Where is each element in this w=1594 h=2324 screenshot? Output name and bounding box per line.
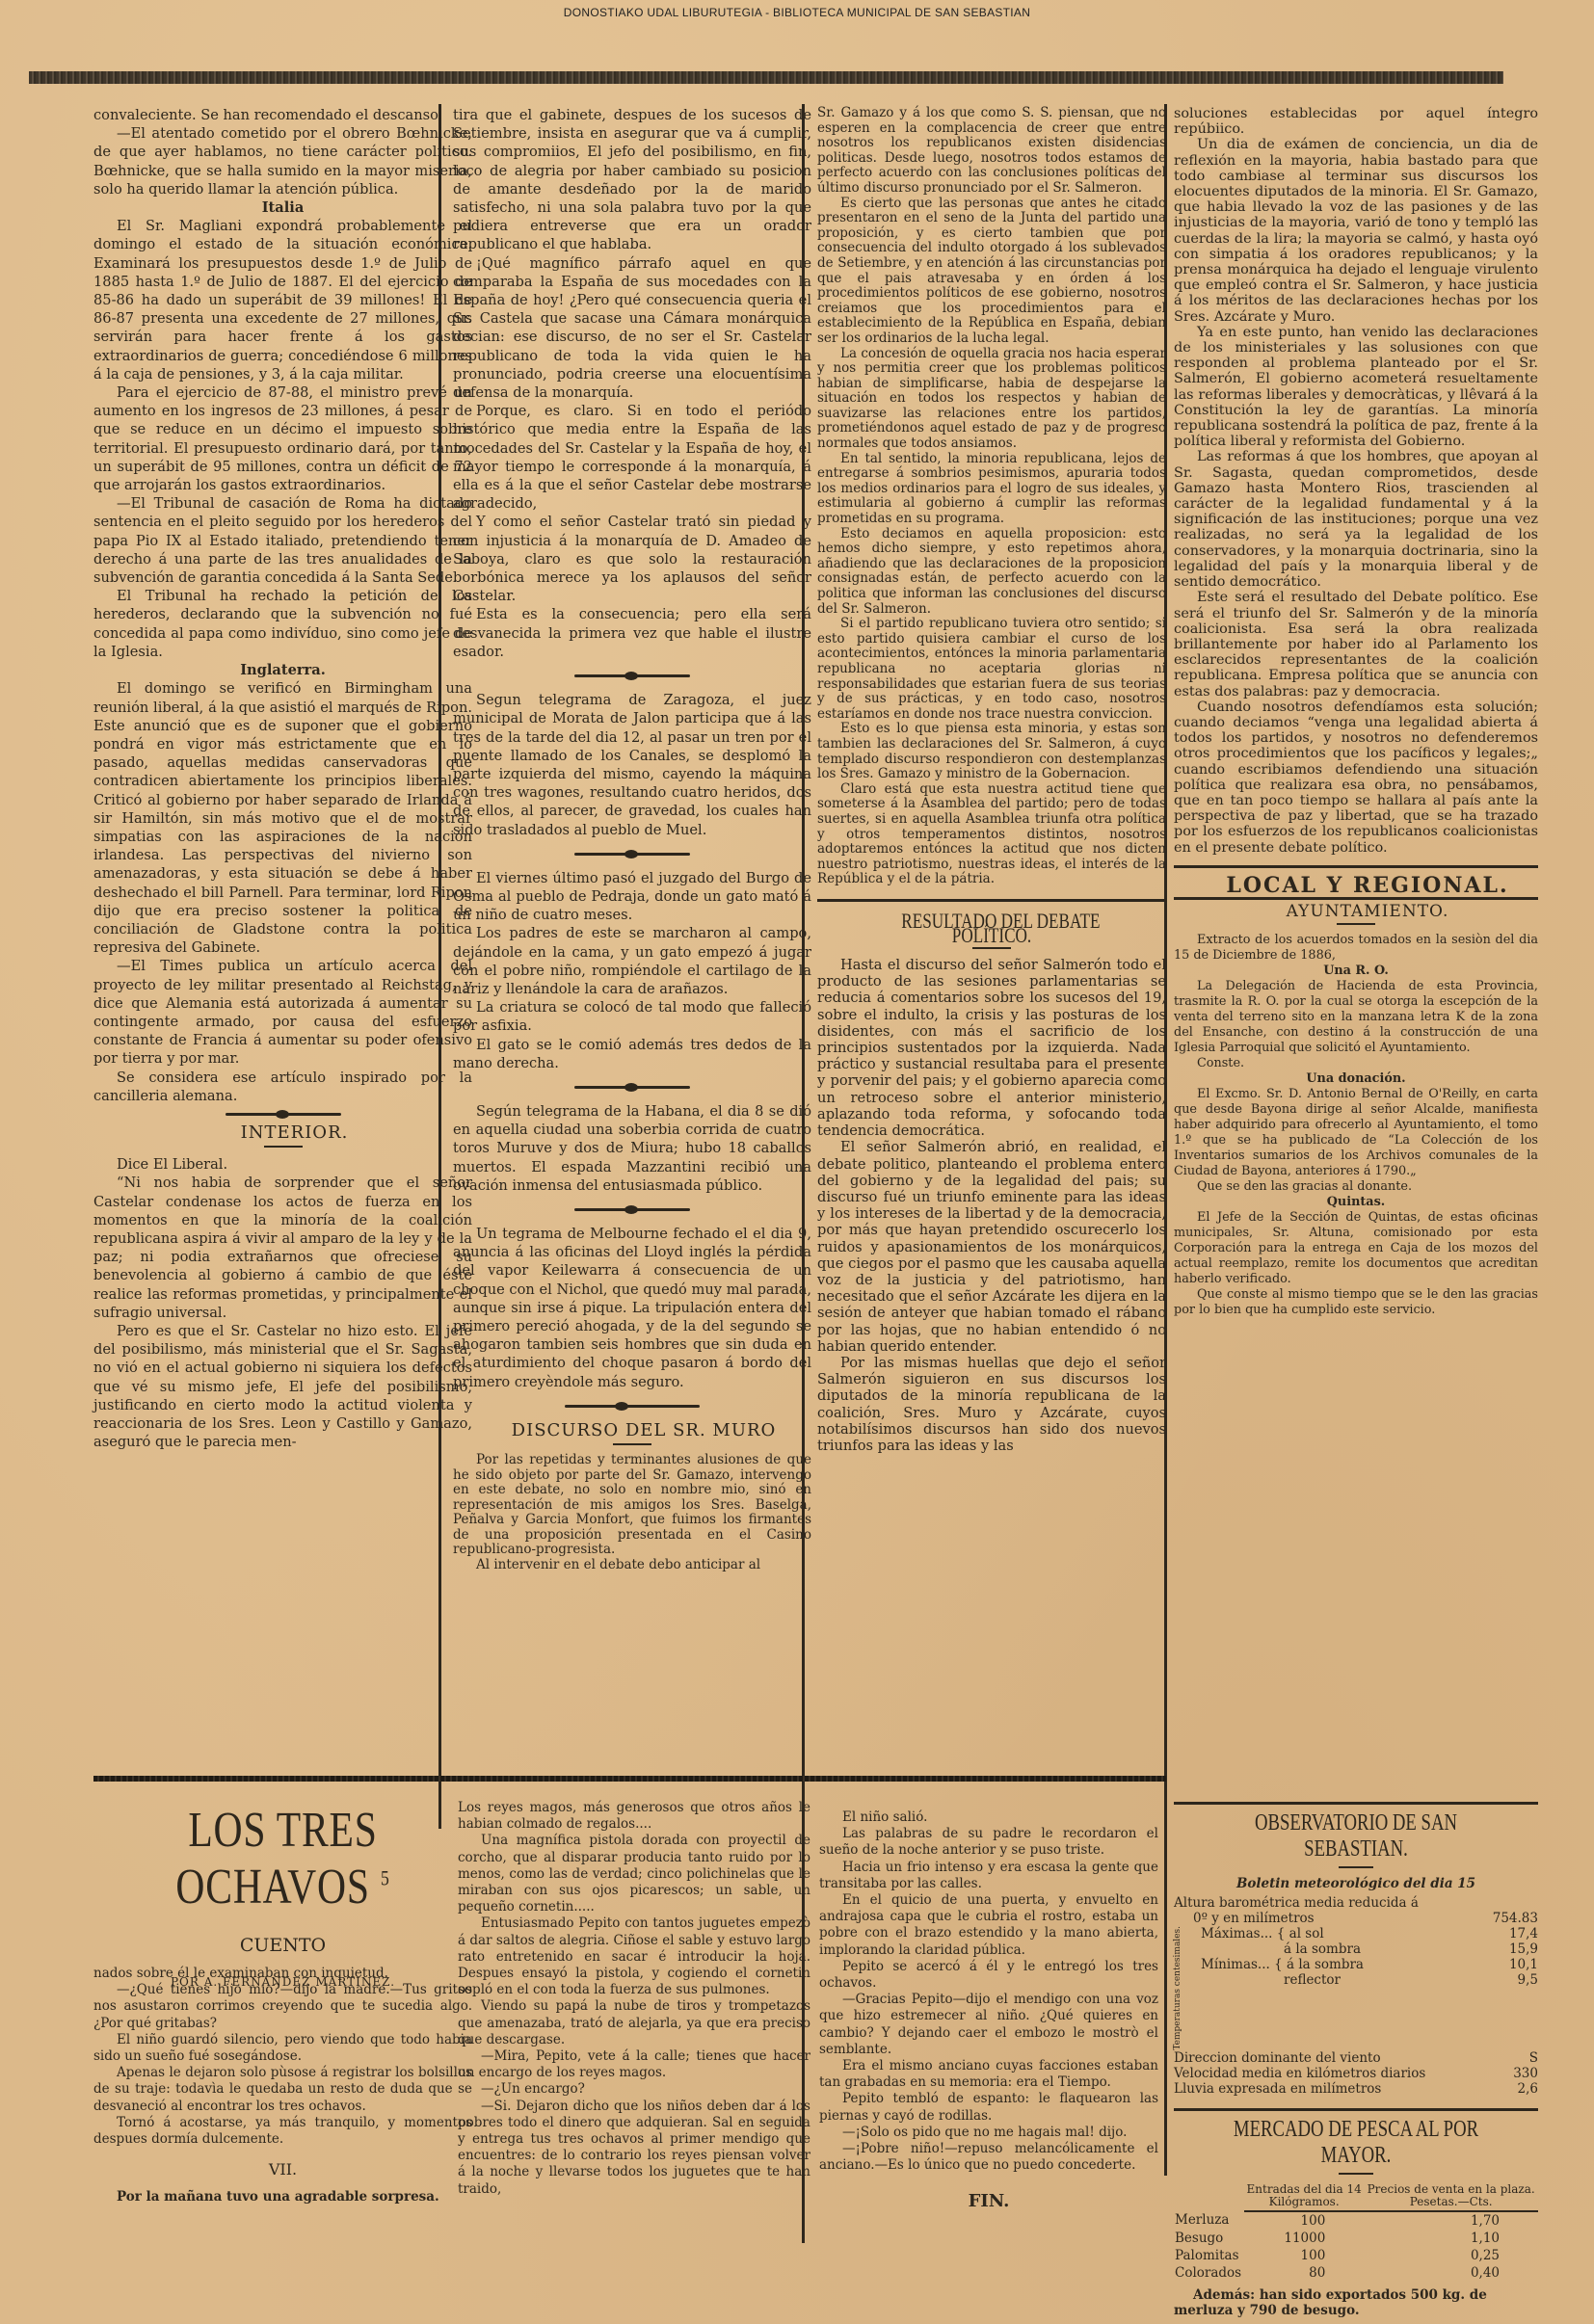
weather-value: 754.83 (1471, 1911, 1538, 1926)
weather-row: Altura barométrica media reducida á (1174, 1895, 1538, 1911)
weather-label: al sol (1289, 1926, 1324, 1941)
serial-column-3: El niño salió. Las palabras de su padre … (819, 1809, 1158, 2210)
serial-installment: 5 (381, 1866, 390, 1890)
paragraph: Que conste al mismo tiempo que se le den… (1174, 1287, 1538, 1318)
serial-paragraph: El niño salió. (819, 1809, 1158, 1826)
weather-label: Altura barométrica media reducida á (1174, 1895, 1419, 1911)
mercado-title: MERCADO DE PESCA AL POR MAYOR. (1214, 2117, 1499, 2169)
serial-paragraph: Entusiasmado Pepito con tantos juguetes … (458, 1915, 810, 1998)
header-precios: Precios de venta en la plaza. (1368, 2182, 1535, 2196)
ornament-divider (226, 1113, 341, 1116)
header-entradas: Entradas del dia 14 (1247, 2182, 1362, 2196)
serial-paragraph: Apenas le dejaron solo pùsose á registra… (93, 2065, 472, 2115)
fish-price: 1,70 (1364, 2211, 1538, 2230)
temperature-group-label: Temperaturas centesimales. (1174, 1926, 1201, 2050)
fish-name: Merluza (1174, 2211, 1244, 2230)
serial-chapter: VII. (93, 2161, 472, 2178)
weather-value: 17,4 (1471, 1926, 1538, 1941)
paragraph: Un dia de exámen de conciencia, un dia d… (1174, 137, 1538, 324)
weather-label: reflector (1201, 1972, 1341, 1988)
serial-title-text: LOS TRES OCHAVOS (175, 1803, 377, 1915)
weather-label: Velocidad media en kilómetros diarios (1174, 2066, 1425, 2081)
paragraph: Ya en este punto, han venido las declara… (1174, 325, 1538, 450)
paragraph: En tal sentido, la minoria republicana, … (817, 452, 1166, 527)
paragraph: Por las mismas huellas que dejo el señor… (817, 1355, 1166, 1454)
paragraph: —El atentado cometido por el obrero Bœhn… (93, 124, 472, 198)
paragraph: La concesión de oquella gracia nos hacia… (817, 347, 1166, 452)
ornament-divider (574, 853, 690, 856)
table-row: Colorados800,40 (1174, 2264, 1538, 2282)
rule (1174, 865, 1538, 868)
section-heading-resultado: RESULTADO DEL DEBATE POLÍTICO. (856, 913, 1128, 943)
paragraph: Dice El Liberal. (93, 1155, 472, 1174)
serial-end: FIN. (819, 2193, 1158, 2209)
dash-divider (1339, 2173, 1373, 2175)
paragraph: El Sr. Magliani expondrá probablemente e… (93, 217, 472, 383)
rule (817, 899, 1166, 902)
fish-price: 0,25 (1364, 2247, 1538, 2264)
table-row: Palomitas1000,25 (1174, 2247, 1538, 2264)
observatorio-subtitle: Boletin meteorológico del dia 15 (1174, 1876, 1538, 1891)
temperature-block: Temperaturas centesimales. Máximas... { … (1174, 1926, 1538, 2050)
paragraph: Al intervenir en el debate debo anticipa… (453, 1558, 811, 1573)
weather-value: 2,6 (1471, 2081, 1538, 2097)
serial-rule-wrap (93, 1776, 1166, 1782)
column-2: tira que el gabinete, despues de los suc… (453, 106, 811, 1572)
rule (1174, 1802, 1538, 1805)
section-heading-ayuntamiento: AYUNTAMIENTO. (1174, 904, 1538, 919)
column-header: Entradas del dia 14Kilógramos. (1244, 2182, 1364, 2211)
dash-divider (1337, 923, 1375, 925)
serial-paragraph: Pepito tembló de espanto: le flaquearon … (819, 2091, 1158, 2124)
serial-column-1: nados sobre él le examinaban con inquiet… (93, 1966, 472, 2206)
serial-paragraph: nados sobre él le examinaban con inquiet… (93, 1966, 472, 1982)
paragraph: Esto deciamos en aquella proposicion: es… (817, 527, 1166, 618)
paragraph: Según telegrama de la Habana, el dia 8 s… (453, 1102, 811, 1195)
paragraph: El señor Salmerón abrió, en realidad, el… (817, 1139, 1166, 1355)
fish-market-table: Entradas del dia 14Kilógramos. Precios d… (1174, 2182, 1538, 2282)
paragraph: El domingo se verificó en Birmingham una… (93, 679, 472, 957)
fish-price: 1,10 (1364, 2230, 1538, 2247)
serial-paragraph: —¿Un encargo? (458, 2081, 810, 2098)
weather-value: 330 (1471, 2066, 1538, 2081)
ornament-divider (574, 1086, 690, 1089)
paragraph: Los padres de este se marcharon al campo… (453, 924, 811, 998)
fish-name: Besugo (1174, 2230, 1244, 2247)
serial-paragraph: —Mira, Pepito, vete á la calle; tienes q… (458, 2048, 810, 2081)
serial-paragraph: Tornó á acostarse, ya más tranquilo, y m… (93, 2115, 472, 2148)
weather-label: Lluvia expresada en milímetros (1174, 2081, 1381, 2097)
serial-paragraph: Por la mañana tuvo una agradable sorpres… (93, 2189, 472, 2205)
paragraph: Que se den las gracias al donante. (1174, 1179, 1538, 1195)
subheading-donacion: Una donación. (1174, 1071, 1538, 1087)
observatorio-title: OBSERVATORIO DE SAN SEBASTIAN. (1214, 1810, 1499, 1862)
paragraph: Segun telegrama de Zaragoza, el juez mun… (453, 691, 811, 839)
paragraph: El Tribunal ha rechado la petición de lo… (93, 587, 472, 661)
fish-kg: 100 (1244, 2247, 1364, 2264)
paragraph: Este será el resultado del Debate políti… (1174, 590, 1538, 699)
paragraph: —El Times publica un artículo acerca del… (93, 957, 472, 1068)
section-heading-interior: INTERIOR. (93, 1123, 472, 1142)
paragraph: Hasta el discurso del señor Salmerón tod… (817, 957, 1166, 1139)
paragraph: tira que el gabinete, despues de los suc… (453, 106, 811, 254)
paragraph: convaleciente. Se han recomendado el des… (93, 106, 472, 124)
paragraph: El viernes último pasó el juzgado del Bu… (453, 869, 811, 925)
serial-paragraph: —¡Pobre niño!—repuso melancólicamente el… (819, 2141, 1158, 2174)
ornament-divider (574, 1208, 690, 1211)
mercado-note: Además: han sido exportados 500 kg. de m… (1174, 2287, 1538, 2318)
paragraph: Sr. Gamazo y á los que como S. S. piensa… (817, 106, 1166, 197)
weather-row: Direccion dominante del vientoS (1174, 2050, 1538, 2066)
serial-top-rule (93, 1776, 1166, 1782)
serial-paragraph: Las palabras de su padre le recordaron e… (819, 1826, 1158, 1859)
header-kilos: Kilógramos. (1269, 2195, 1340, 2208)
weather-value: 9,5 (1471, 1972, 1538, 1988)
paragraph: La criatura se colocó de tal modo que fa… (453, 998, 811, 1035)
column-1: convaleciente. Se han recomendado el des… (93, 106, 472, 1451)
weather-label: Direccion dominante del viento (1174, 2050, 1381, 2066)
fish-kg: 80 (1244, 2264, 1364, 2282)
weather-label: Mínimas... (1201, 1957, 1270, 1972)
paragraph: —El Tribunal de casación de Roma ha dict… (93, 494, 472, 587)
serial-paragraph: Pepito se acercó á él y le entregó los t… (819, 1959, 1158, 1992)
weather-label: á la sombra (1287, 1957, 1364, 1972)
section-heading-italia: Italia (93, 198, 472, 217)
section-heading-local: LOCAL Y REGIONAL. (1174, 878, 1538, 893)
weather-label: Máximas... (1201, 1926, 1272, 1941)
fish-price: 0,40 (1364, 2264, 1538, 2282)
weather-row: Mínimas... { á la sombra10,1 (1201, 1957, 1538, 1972)
weather-row: á la sombra15,9 (1201, 1941, 1538, 1957)
dash-divider (1339, 1866, 1373, 1868)
top-rule (29, 71, 1503, 84)
fish-kg: 100 (1244, 2211, 1364, 2230)
serial-genre: CUENTO (93, 1935, 472, 1956)
paragraph: Un tegrama de Melbourne fechado el el di… (453, 1225, 811, 1391)
serial-paragraph: —Si. Dejaron dicho que los niños deben d… (458, 2099, 810, 2198)
weather-value: S (1471, 2050, 1538, 2066)
paragraph: El Jefe de la Sección de Quintas, de est… (1174, 1210, 1538, 1287)
serial-column-2: Los reyes magos, más generosos que otros… (458, 1800, 810, 2198)
serial-paragraph: Los reyes magos, más generosos que otros… (458, 1800, 810, 1833)
column-header: Precios de venta en la plaza.Pesetas.—Ct… (1364, 2182, 1538, 2211)
paragraph: Es cierto que las personas que antes he … (817, 197, 1166, 347)
paragraph: La Delegación de Hacienda de esta Provin… (1174, 979, 1538, 1056)
fish-kg: 11000 (1244, 2230, 1364, 2247)
fish-name: Colorados (1174, 2264, 1244, 2282)
paragraph: Se considera ese artículo inspirado por … (93, 1069, 472, 1105)
weather-value: 10,1 (1471, 1957, 1538, 1972)
rule (1174, 2108, 1538, 2111)
paragraph: Esto es lo que piensa esta minoria, y es… (817, 722, 1166, 781)
serial-paragraph: —¡Solo os pido que no me hagais mal! dij… (819, 2125, 1158, 2141)
paragraph: Para el ejercicio de 87-88, el ministro … (93, 383, 472, 494)
ornament-divider (574, 674, 690, 677)
paragraph: Claro está que esta nuestra actitud tien… (817, 782, 1166, 887)
paragraph: Por las repetidas y terminantes alusione… (453, 1453, 811, 1558)
weather-row: Lluvia expresada en milímetros2,6 (1174, 2081, 1538, 2097)
subheading-ro: Una R. O. (1174, 964, 1538, 979)
weather-row: 0º y en milímetros754.83 (1174, 1911, 1538, 1926)
table-row: Merluza1001,70 (1174, 2211, 1538, 2230)
column-4: soluciones establecidas por aquel íntegr… (1174, 106, 1538, 1318)
column-3: Sr. Gamazo y á los que como S. S. piensa… (817, 106, 1166, 1454)
weather-table: Altura barométrica media reducida á 0º y… (1174, 1895, 1538, 2097)
weather-row: Máximas... { al sol17,4 (1201, 1926, 1538, 1941)
dash-divider (264, 1146, 303, 1148)
paragraph: Conste. (1174, 1056, 1538, 1071)
serial-paragraph: —Gracias Pepito—dijo el mendigo con una … (819, 1992, 1158, 2058)
serial-paragraph: Viendo su papá la nube de tiros y trompe… (458, 1998, 810, 2048)
paragraph: Las reformas á que los hombres, que apoy… (1174, 449, 1538, 590)
serial-paragraph: El niño guardó silencio, pero viendo que… (93, 2032, 472, 2065)
paragraph: Y como el señor Castelar trató sin pieda… (453, 513, 811, 605)
subheading-quintas: Quintas. (1174, 1195, 1538, 1210)
section-heading-muro: DISCURSO DEL SR. MURO (453, 1421, 811, 1439)
fish-name: Palomitas (1174, 2247, 1244, 2264)
paragraph: soluciones establecidas por aquel íntegr… (1174, 106, 1538, 137)
serial-paragraph: En el quicio de una puerta, y envuelto e… (819, 1892, 1158, 1959)
weather-row: Velocidad media en kilómetros diarios330 (1174, 2066, 1538, 2081)
paragraph: Porque, es claro. Si en todo el periódo … (453, 402, 811, 513)
paragraph: Cuando nosotros defendíamos esta solució… (1174, 700, 1538, 856)
library-watermark: DONOSTIAKO UDAL LIBURUTEGIA - BIBLIOTECA… (0, 6, 1594, 19)
header-pesetas: Pesetas.—Cts. (1410, 2195, 1493, 2208)
paragraph: Esta es la consecuencia; pero ella será … (453, 605, 811, 661)
table-row: Besugo110001,10 (1174, 2230, 1538, 2247)
weather-row: reflector9,5 (1201, 1972, 1538, 1988)
paragraph: El gato se le comió además tres dedos de… (453, 1036, 811, 1072)
serial-title: LOS TRES OCHAVOS 5 (131, 1802, 434, 1915)
paragraph: Extracto de los acuerdos tomados en la s… (1174, 933, 1538, 964)
paragraph: El Excmo. Sr. D. Antonio Bernal de O'Rei… (1174, 1087, 1538, 1179)
paragraph: ¡Qué magnífico párrafo aquel en que comp… (453, 254, 811, 403)
section-heading-inglaterra: Inglaterra. (93, 661, 472, 679)
paragraph: Si el partido republicano tuviera otro s… (817, 617, 1166, 722)
ornament-divider (565, 1405, 700, 1408)
weather-label: 0º y en milímetros (1174, 1911, 1315, 1926)
dash-divider (613, 1443, 651, 1445)
serial-paragraph: Una magnífica pistola dorada con proyect… (458, 1833, 810, 1915)
weather-label: á la sombra (1201, 1941, 1361, 1957)
observatorio-section: OBSERVATORIO DE SAN SEBASTIAN. Boletin m… (1174, 1798, 1538, 2318)
serial-paragraph: Era el mismo anciano cuyas facciones est… (819, 2058, 1158, 2091)
serial-paragraph: Hacia un frio intenso y era escasa la ge… (819, 1860, 1158, 1892)
weather-value: 15,9 (1471, 1941, 1538, 1957)
paragraph: Pero es que el Sr. Castelar no hizo esto… (93, 1322, 472, 1451)
paragraph: “Ni nos habia de sorprender que el señor… (93, 1174, 472, 1322)
serial-paragraph: —¿Qué tienes hijo mio?—dijo la madre.—Tu… (93, 1982, 472, 2032)
